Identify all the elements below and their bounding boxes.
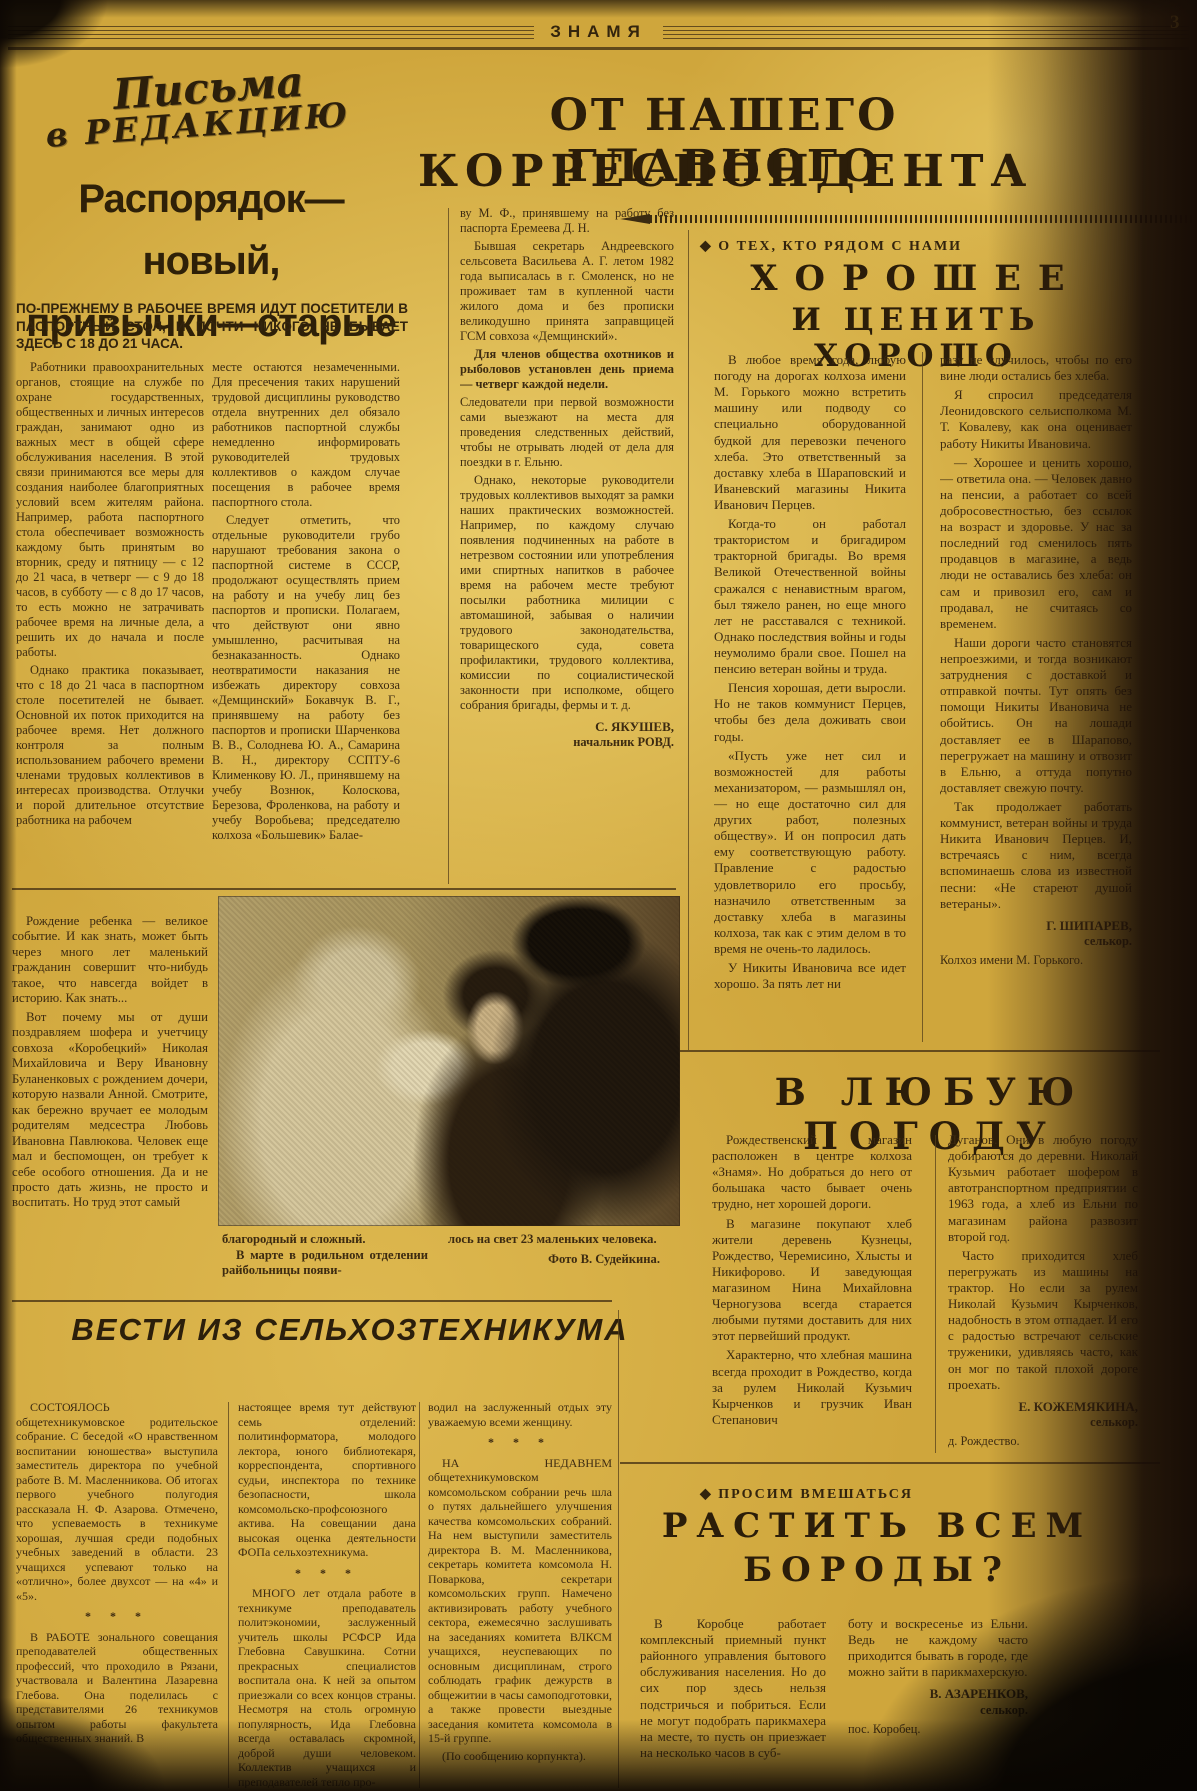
photo-caption-right-text: лось на свет 23 маленьких человека.	[448, 1232, 660, 1248]
good-article-kicker: ◆ О ТЕХ, КТО РЯДОМ С НАМИ	[700, 238, 962, 255]
signature-name: Г. ШИПАРЕВ,	[940, 918, 1132, 934]
article1-column2: месте остаются незамеченными. Для пресеч…	[212, 360, 400, 884]
weather-article-column2: Дуганов. Они в любую погоду добираются д…	[948, 1132, 1138, 1460]
paragraph: Пенсия хорошая, дети выросли. Но не тако…	[714, 680, 906, 744]
paragraph: настоящее время тут действуют семь отдел…	[238, 1400, 416, 1560]
paragraph: НА НЕДАВНЕМ общетехникумовском комсомоль…	[428, 1456, 612, 1746]
weather-article-column1: Рождественский магазин расположен в цент…	[712, 1132, 912, 1460]
paragraph: Характерно, что хлебная машина всегда пр…	[712, 1347, 912, 1428]
signature-org: Колхоз имени М. Горького.	[940, 953, 1132, 968]
paragraph: лось на свет 23 маленьких человека.	[448, 1232, 660, 1248]
paragraph: Наши дороги часто становятся непроезжими…	[940, 635, 1132, 796]
correspondent-banner-line2: КОРРЕСПОНДЕНТА	[418, 146, 1030, 197]
masthead: ЗНАМЯ	[8, 22, 1189, 42]
column-rule	[228, 1402, 229, 1788]
masthead-rule-right	[663, 26, 1189, 39]
good-article-column2: разу не случилось, чтобы по его вине люд…	[940, 352, 1132, 1042]
paragraph: Вот почему мы от души поздравляем шофера…	[12, 1010, 208, 1211]
paragraph: МНОГО лет отдала работе в техникуме преп…	[238, 1586, 416, 1788]
vesti-column3: водил на заслуженный отдых эту уважаемую…	[428, 1400, 612, 1788]
paragraph: В РАБОТЕ зонального совещания преподават…	[16, 1630, 218, 1746]
beards-article-column1: В Коробце работает комплексный приемный …	[640, 1616, 826, 1784]
paragraph: В марте в родильном отделении райбольниц…	[222, 1248, 428, 1279]
photo-credit: Фото В. Судейкина.	[448, 1252, 660, 1268]
beards-article-title-line1: РАСТИТЬ ВСЕМ	[640, 1506, 1114, 1546]
paragraph: Когда-то он работал трактористом и брига…	[714, 516, 906, 677]
good-article-column1: В любое время года, любую погоду на доро…	[714, 352, 906, 1020]
beards-article-signature: В. АЗАРЕНКОВ, селькор. пос. Коробец.	[848, 1686, 1028, 1737]
beards-article-column2-text: боту и воскресенье из Ельни. Ведь не каж…	[848, 1616, 1028, 1680]
paragraph: Часто приходится хлеб перегружать из маш…	[948, 1248, 1138, 1393]
paragraph: СОСТОЯЛОСЬ общетехникумовское родительск…	[16, 1400, 218, 1603]
maternity-ward-photo	[218, 896, 680, 1226]
paragraph: * * *	[238, 1566, 416, 1581]
column-rule	[935, 1135, 936, 1453]
section-divider	[12, 1300, 612, 1302]
article1-signature: С. ЯКУШЕВ, начальник РОВД.	[460, 719, 674, 750]
photo-caption-right: лось на свет 23 маленьких человека. Фото…	[448, 1232, 660, 1267]
paragraph: * * *	[16, 1609, 218, 1624]
signature-place: пос. Коробец.	[848, 1722, 1028, 1737]
masthead-title: ЗНАМЯ	[534, 22, 663, 42]
good-article-title-line1: ХОРОШЕЕ	[700, 258, 1132, 299]
good-article-signature: Г. ШИПАРЕВ, селькор. Колхоз имени М. Гор…	[940, 918, 1132, 969]
paragraph: (По сообщению корпункта).	[428, 1749, 612, 1764]
page-number: 3	[1170, 12, 1180, 34]
article1-column3: ву М. Ф., принявшему на работу без паспо…	[460, 206, 674, 884]
good-article-column2-text: разу не случилось, чтобы по его вине люд…	[940, 352, 1132, 912]
column-rule	[448, 208, 449, 884]
article1-lead: ПО-ПРЕЖНЕМУ В РАБОЧЕЕ ВРЕМЯ ИДУТ ПОСЕТИТ…	[16, 300, 408, 353]
masthead-rule-left	[8, 26, 534, 39]
column-rule	[922, 352, 923, 1042]
paragraph: Рождественский магазин расположен в цент…	[712, 1132, 912, 1213]
signature-role: начальник РОВД.	[460, 735, 674, 750]
paragraph: месте остаются незамеченными. Для пресеч…	[212, 360, 400, 510]
paragraph: Следователи при первой возможности сами …	[460, 395, 674, 470]
vesti-headline: ВЕСТИ ИЗ СЕЛЬХОЗТЕХНИКУМА	[50, 1312, 650, 1348]
paragraph: Работники правоохранительных органов, ст…	[16, 360, 204, 660]
letters-to-editor-logo: Письма в РЕДАКЦИЮ	[42, 49, 417, 155]
paragraph: водил на заслуженный отдых эту уважаемую…	[428, 1400, 612, 1429]
column-rule	[419, 1402, 420, 1788]
paragraph: Рождение ребенка — великое событие. И ка…	[12, 914, 208, 1007]
newspaper-page: ЗНАМЯ 3 Письма в РЕДАКЦИЮ Распорядок—нов…	[0, 0, 1197, 1791]
beards-article-column2: боту и воскресенье из Ельни. Ведь не каж…	[848, 1616, 1028, 1788]
article1-column3-text: ву М. Ф., принявшему на работу без паспо…	[460, 206, 674, 713]
signature-name: В. АЗАРЕНКОВ,	[848, 1686, 1028, 1702]
signature-role: селькор.	[848, 1703, 1028, 1718]
paragraph: разу не случилось, чтобы по его вине люд…	[940, 352, 1132, 384]
beards-article-kicker: ◆ ПРОСИМ ВМЕШАТЬСЯ	[700, 1486, 913, 1503]
signature-role: селькор.	[948, 1415, 1138, 1430]
masthead-divider	[8, 47, 1189, 50]
paragraph: Бывшая секретарь Андреевского сельсовета…	[460, 239, 674, 344]
paragraph: Дуганов. Они в любую погоду добираются д…	[948, 1132, 1138, 1245]
section-divider	[620, 1462, 1160, 1464]
paragraph: В магазине покупают хлеб жители деревень…	[712, 1216, 912, 1345]
vesti-column2: настоящее время тут действуют семь отдел…	[238, 1400, 416, 1788]
weather-article-signature: Е. КОЖЕМЯКИНА, селькор. д. Рождество.	[948, 1399, 1138, 1450]
article1-headline-line1: Распорядок—новый,	[14, 168, 408, 292]
section-divider	[645, 1050, 1160, 1052]
paragraph: Однако практика показывает, что с 18 до …	[16, 663, 204, 828]
paragraph: Однако, некоторые руководители трудовых …	[460, 473, 674, 713]
paragraph: Следует отметить, что отдельные руководи…	[212, 513, 400, 843]
paragraph: В любое время года, любую погоду на доро…	[714, 352, 906, 513]
paragraph: «Пусть уже нет сил и возможностей для ра…	[714, 748, 906, 957]
paragraph: В Коробце работает комплексный приемный …	[640, 1616, 826, 1761]
photo-caption-left: благородный и сложный.В марте в родильно…	[222, 1232, 428, 1279]
section-rule	[618, 1310, 619, 1788]
signature-name: С. ЯКУШЕВ,	[460, 719, 674, 735]
paragraph: боту и воскресенье из Ельни. Ведь не каж…	[848, 1616, 1028, 1680]
paragraph: * * *	[428, 1435, 612, 1450]
weather-article-column2-text: Дуганов. Они в любую погоду добираются д…	[948, 1132, 1138, 1393]
section-rule	[688, 230, 689, 1050]
paragraph: благородный и сложный.	[222, 1232, 428, 1248]
section-divider	[12, 888, 676, 890]
signature-role: селькор.	[940, 934, 1132, 949]
article1-column1: Работники правоохранительных органов, ст…	[16, 360, 204, 884]
signature-place: д. Рождество.	[948, 1434, 1138, 1449]
birth-note-column: Рождение ребенка — великое событие. И ка…	[12, 914, 208, 1298]
banner-arrow-rule	[650, 215, 1195, 223]
vesti-column1: СОСТОЯЛОСЬ общетехникумовское родительск…	[16, 1400, 218, 1788]
signature-name: Е. КОЖЕМЯКИНА,	[948, 1399, 1138, 1415]
paragraph: Я спросил председателя Леонидовского сел…	[940, 387, 1132, 451]
beards-article-title-line2: БОРОДЫ?	[640, 1550, 1114, 1590]
paragraph: У Никиты Ивановича все идет хорошо. За п…	[714, 960, 906, 992]
paragraph: — Хорошее и ценить хорошо, — ответила он…	[940, 455, 1132, 632]
paragraph: Для членов общества охотников и рыболово…	[460, 347, 674, 392]
paragraph: Так продолжает работать коммунист, ветер…	[940, 799, 1132, 912]
